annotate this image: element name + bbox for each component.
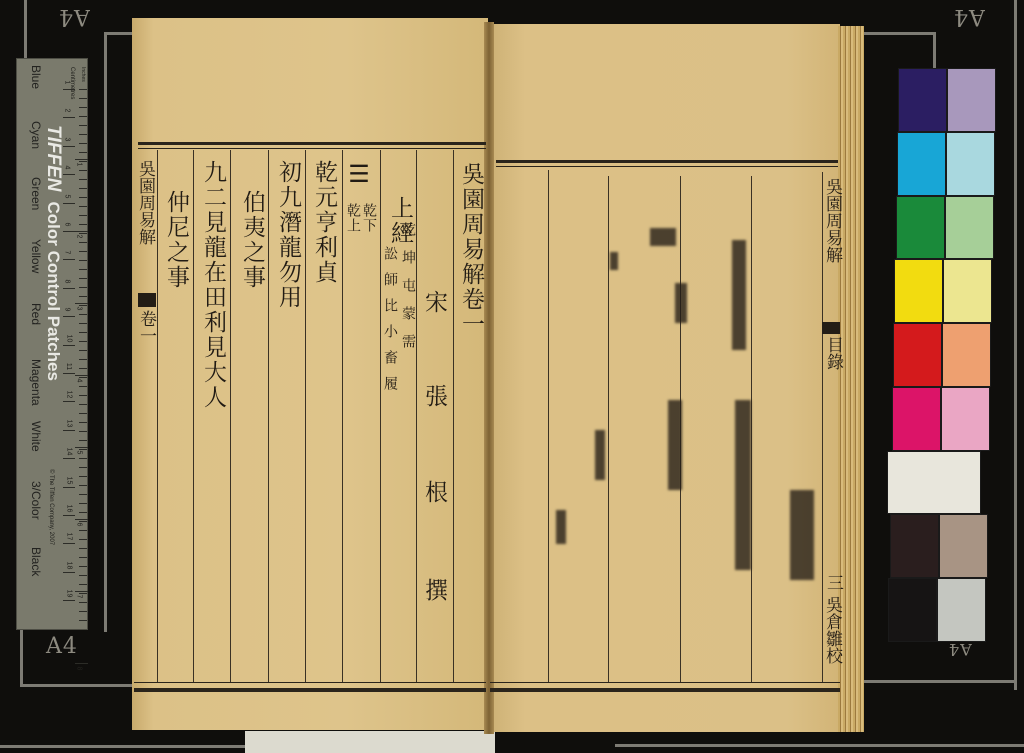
board-frame-line <box>20 630 23 686</box>
ruler-minor-tick <box>79 602 87 603</box>
ruler-cm-tick <box>63 572 75 573</box>
color-patch-black-solid <box>888 578 937 642</box>
white-paper-sheet <box>245 731 495 753</box>
ruler-minor-tick <box>79 566 87 567</box>
ruler-minor-tick <box>79 593 87 594</box>
ruler-minor-tick <box>79 269 87 270</box>
ruler-color-name: Red <box>29 303 43 359</box>
ruler-minor-tick <box>79 485 87 486</box>
book-gutter <box>484 22 494 734</box>
column-rule <box>608 176 609 682</box>
ruler-minor-tick <box>79 242 87 243</box>
column-rule <box>342 150 343 682</box>
ruler-minor-tick <box>79 305 87 306</box>
ruler-minor-tick <box>79 179 87 180</box>
ruler-minor-tick <box>79 287 87 288</box>
tiffen-logo: TIFFEN <box>43 125 64 192</box>
ruler-color-name: White <box>29 421 43 481</box>
ruler-minor-tick <box>79 116 87 117</box>
ruler-cm-number: 19 <box>65 590 72 598</box>
color-patch-white <box>887 451 981 515</box>
ruler-minor-tick <box>79 98 87 99</box>
ruler-inch-number: 3 <box>75 307 82 311</box>
column-rule <box>453 150 454 682</box>
ruler-minor-tick <box>79 224 87 225</box>
color-patch-blue-tint <box>947 68 996 132</box>
ink-bleed-mark <box>668 400 682 490</box>
column-rule <box>230 150 231 682</box>
ruler-inch-number: 2 <box>75 235 82 239</box>
ruler-inch-tick <box>75 519 88 520</box>
column-rule <box>380 150 381 682</box>
color-patch-cyan-tint <box>946 132 995 196</box>
ruler-cm-number: 18 <box>65 561 72 569</box>
ruler-inch-number: 5 <box>75 451 82 455</box>
ruler-minor-tick <box>79 440 87 441</box>
ruler-minor-tick <box>79 359 87 360</box>
ruler-inch-tick <box>75 303 88 304</box>
right-page-top-border <box>496 160 838 163</box>
color-patch-yellow-tint <box>943 259 992 323</box>
ruler-minor-tick <box>79 206 87 207</box>
ruler-color-name: Cyan <box>29 121 43 177</box>
color-patch-magenta-tint <box>941 387 990 451</box>
ruler-minor-tick <box>79 125 87 126</box>
ruler-cm-tick <box>63 515 75 516</box>
color-patch-cyan-solid <box>897 132 946 196</box>
color-patch-magenta-solid <box>892 387 941 451</box>
ruler-cm-tick <box>63 117 75 118</box>
ruler-minor-tick <box>79 215 87 216</box>
ruler-minor-tick <box>79 251 87 252</box>
fishtail-mark <box>822 322 840 334</box>
right-page-bottom-border <box>490 688 840 692</box>
author-dynasty: 宋 <box>422 290 445 315</box>
board-frame-line <box>1014 0 1017 690</box>
ruler-minor-tick <box>79 332 87 333</box>
ruler-cm-tick <box>63 174 75 175</box>
author-name-1: 張 <box>422 384 445 409</box>
column-rule <box>416 150 417 682</box>
ruler-cm-number: 3 <box>63 137 70 141</box>
color-patch-green-tint <box>945 196 994 260</box>
ruler-minor-tick <box>79 197 87 198</box>
ruler-cm-tick <box>63 345 75 346</box>
ruler-minor-tick <box>79 107 87 108</box>
ruler-color-name: 3/Color <box>29 481 43 547</box>
line-commentary-1: 伯夷之事 <box>240 190 263 290</box>
ruler-minor-tick <box>79 314 87 315</box>
ruler-minor-tick <box>79 476 87 477</box>
ruler-minor-tick <box>79 512 87 513</box>
ruler-minor-tick <box>79 557 87 558</box>
ruler-cm-tick <box>63 600 75 601</box>
ruler-minor-tick <box>79 143 87 144</box>
trigram-symbol: ☰ <box>347 160 371 190</box>
ruler-minor-tick <box>79 404 87 405</box>
ruler-cm-tick <box>63 458 75 459</box>
ruler-inches-label: Inches <box>80 67 86 82</box>
ruler-cm-tick <box>63 401 75 402</box>
color-control-patches <box>890 68 1000 642</box>
ruler-cm-number: 6 <box>63 223 70 227</box>
ruler-minor-tick <box>79 323 87 324</box>
left-margin-volume: 卷一 <box>137 310 154 344</box>
ruler-cm-number: 16 <box>65 505 72 513</box>
ruler-minor-tick <box>79 413 87 414</box>
fishtail-mark <box>138 293 156 307</box>
ruler-minor-tick <box>79 521 87 522</box>
ruler-minor-tick <box>79 350 87 351</box>
ruler-minor-tick <box>79 494 87 495</box>
left-margin-title: 吳園周易解 <box>136 160 153 245</box>
ruler-cm-tick <box>63 203 75 204</box>
ruler-minor-tick <box>79 341 87 342</box>
ruler-minor-tick <box>79 395 87 396</box>
ruler-cm-tick <box>63 231 75 232</box>
ruler-minor-tick <box>79 233 87 234</box>
ruler-minor-tick <box>79 152 87 153</box>
ruler-color-names: BlueCyanGreenYellowRedMagentaWhite3/Colo… <box>29 65 43 576</box>
left-page-top-border-thin <box>138 148 486 149</box>
ruler-product-name: Color Control Patches <box>44 202 63 381</box>
ruler-cm-tick <box>63 316 75 317</box>
ruler-cm-number: 7 <box>63 251 70 255</box>
ruler-cm-number: 5 <box>63 194 70 198</box>
board-label-a4: A4 <box>948 640 972 659</box>
ruler-minor-tick <box>79 584 87 585</box>
ruler-cm-number: 11 <box>65 363 72 370</box>
color-patch-red-tint <box>942 323 991 387</box>
ruler-inch-tick <box>75 591 88 592</box>
right-page-number: 三 <box>824 574 841 591</box>
book-right-page <box>490 24 840 732</box>
color-patch-green-solid <box>896 196 945 260</box>
right-margin-title: 吳園周易解 <box>823 178 840 263</box>
hexagram-list-1: 乾坤屯蒙需 <box>401 222 415 362</box>
column-rule <box>268 150 269 682</box>
column-rule <box>548 170 549 682</box>
ink-bleed-mark <box>675 283 687 323</box>
board-label-a4: A4 <box>46 634 78 659</box>
ruler-inch-number: 1 <box>75 163 82 167</box>
ruler-minor-tick <box>79 422 87 423</box>
book-left-page <box>132 18 488 730</box>
ruler-minor-tick <box>79 368 87 369</box>
ruler-minor-tick <box>79 386 87 387</box>
ruler-minor-tick <box>79 134 87 135</box>
ruler-copyright: © The Tiffen Company, 2007 <box>48 469 54 545</box>
ruler-minor-tick <box>79 188 87 189</box>
ruler-cm-number: 13 <box>65 419 72 427</box>
right-page-top-border-thin <box>496 166 838 167</box>
hexagram-list-2: 訟師比小畜履 <box>383 246 397 402</box>
ruler-minor-tick <box>79 449 87 450</box>
ruler-minor-tick <box>79 575 87 576</box>
ruler-inch-number: 7 <box>75 595 82 599</box>
ruler-minor-tick <box>79 458 87 459</box>
ruler-cm-number: 9 <box>63 308 70 312</box>
ruler-cm-number: 12 <box>65 391 72 399</box>
ruler-minor-tick <box>79 170 87 171</box>
ruler-inch-tick <box>75 231 88 232</box>
ruler-cm-tick <box>63 288 75 289</box>
ruler-color-name: Blue <box>29 65 43 121</box>
ink-bleed-mark <box>790 490 814 580</box>
color-patch-black-tint <box>937 578 986 642</box>
ruler-inch-tick <box>75 375 88 376</box>
board-frame-line <box>24 0 27 60</box>
left-page-top-border <box>138 142 486 145</box>
board-frame-line <box>20 684 134 687</box>
column-rule <box>305 150 306 682</box>
ruler-cm-number: 1 <box>63 81 70 85</box>
ruler-cm-tick <box>63 373 75 374</box>
ruler-minor-tick <box>79 161 87 162</box>
color-patch-red-solid <box>893 323 942 387</box>
ruler-cm-tick <box>63 259 75 260</box>
hexagram-judgment: 乾元亨利貞 <box>312 160 335 285</box>
ink-bleed-mark <box>735 400 751 570</box>
ruler-inch-tick <box>75 159 88 160</box>
ruler-minor-tick <box>79 620 87 621</box>
ink-bleed-mark <box>595 430 605 480</box>
color-patch-3color-solid <box>890 514 939 578</box>
color-patch-blue-solid <box>898 68 947 132</box>
board-frame-line <box>864 32 936 35</box>
tiffen-color-control-ruler: BlueCyanGreenYellowRedMagentaWhite3/Colo… <box>16 58 88 630</box>
author-name-2: 根 <box>422 480 445 505</box>
line-commentary-2: 仲尼之事 <box>164 190 187 290</box>
ruler-inch-number: 6 <box>75 523 82 527</box>
board-label-a4: A4 <box>953 4 985 29</box>
line-text-1: 初九潛龍勿用 <box>276 160 299 310</box>
column-rule <box>157 150 158 682</box>
book-title-column: 吳園周易解卷一 <box>459 162 482 337</box>
ruler-minor-tick <box>79 503 87 504</box>
trigram-note-lower: 乾下 <box>362 203 376 233</box>
left-page-bottom-border-thin <box>134 682 486 683</box>
column-rule <box>751 176 752 682</box>
ink-bleed-mark <box>556 510 566 544</box>
right-page-bottom-border-thin <box>490 682 840 683</box>
trigram-note-upper: 乾上 <box>346 203 360 233</box>
ruler-cm-number: 4 <box>63 166 70 170</box>
author-verb: 撰 <box>422 578 445 603</box>
ruler-color-name: Magenta <box>29 359 43 421</box>
ruler-minor-tick <box>79 431 87 432</box>
ruler-cm-number: 10 <box>65 334 72 342</box>
ruler-color-name: Green <box>29 177 43 239</box>
ruler-color-name: Black <box>29 547 43 576</box>
ink-bleed-mark <box>732 240 746 350</box>
board-frame-line <box>104 32 107 632</box>
ruler-brand: TIFFENColor Control Patches <box>42 125 64 381</box>
board-frame-line <box>104 32 134 35</box>
ruler-minor-tick <box>79 539 87 540</box>
ruler-cm-tick <box>63 487 75 488</box>
ruler-cm-number: 14 <box>65 448 72 456</box>
board-frame-line <box>615 744 1024 747</box>
ink-bleed-mark <box>650 228 676 246</box>
ruler-color-name: Yellow <box>29 239 43 303</box>
ruler-cm-number: 8 <box>63 279 70 283</box>
right-margin-section: 目錄 <box>824 336 841 370</box>
right-colophon: 吳倉雛校 <box>823 596 840 664</box>
ruler-minor-tick <box>79 89 87 90</box>
ruler-cm-tick <box>63 89 75 90</box>
ruler-minor-tick <box>79 377 87 378</box>
ruler-cm-tick <box>63 146 75 147</box>
ruler-cm-number: 15 <box>65 476 72 484</box>
line-text-2: 九二見龍在田利見大人 <box>201 160 224 410</box>
color-patch-yellow-solid <box>894 259 943 323</box>
ruler-minor-tick <box>79 260 87 261</box>
ruler-cm-tick <box>63 430 75 431</box>
ruler-inch-number: 4 <box>75 379 82 383</box>
board-frame-line <box>933 32 936 68</box>
board-label-a4: A4 <box>58 4 90 29</box>
ruler-minor-tick <box>79 611 87 612</box>
ruler-minor-tick <box>79 467 87 468</box>
ruler-minor-tick <box>79 278 87 279</box>
column-rule <box>193 150 194 682</box>
ruler-cm-tick <box>63 543 75 544</box>
ruler-minor-tick <box>79 530 87 531</box>
ruler-inch-tick <box>75 447 88 448</box>
ruler-inch-tick <box>75 663 88 664</box>
board-frame-line <box>0 745 245 748</box>
ruler-inch-number: 8 <box>75 667 82 671</box>
board-frame-line <box>864 680 1017 683</box>
ink-bleed-mark <box>610 252 618 270</box>
ruler-cm-number: 2 <box>63 109 70 113</box>
ruler-cm-number: 17 <box>65 533 72 541</box>
left-page-bottom-border <box>134 688 486 692</box>
ruler-minor-tick <box>79 548 87 549</box>
ruler-minor-tick <box>79 296 87 297</box>
color-patch-3color-tint <box>939 514 988 578</box>
